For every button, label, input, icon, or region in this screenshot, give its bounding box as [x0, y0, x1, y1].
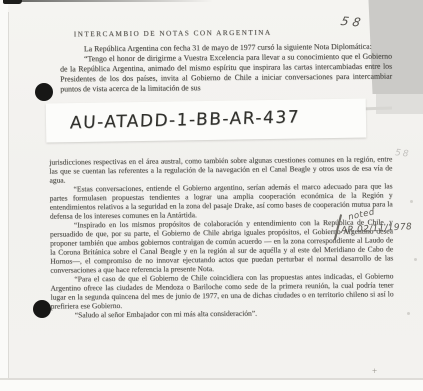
scan-smudge [3, 0, 22, 4]
scan-speck [414, 258, 417, 261]
hole-punch-mark [33, 300, 51, 318]
note-paragraph-5: “Para el caso de que el Gobierno de Chil… [50, 271, 393, 310]
white-label-slip: AU-ATADD-1-BB-AR-437 [46, 98, 367, 142]
scan-top-shadow [3, 0, 213, 2]
handwritten-margin-note: noted AR 02/11/1978 [332, 208, 422, 244]
note-paragraph-2: jurisdicciones respectivas en el área au… [49, 154, 392, 184]
document-title: INTERCAMBIO DE NOTAS CON ARGENTINA [74, 27, 392, 40]
paper-left-margin [0, 0, 8, 391]
faint-page-number: 58 [395, 148, 411, 160]
note-closing-line: “Saludo al señor Embajador con mi más al… [51, 307, 394, 319]
page-corner-shadow-light [376, 94, 423, 114]
hole-punch-mark [35, 83, 53, 101]
scan-speck [410, 200, 413, 203]
scanned-page: 58 INTERCAMBIO DE NOTAS CON ARGENTINA La… [0, 0, 423, 391]
margin-note-date: AR 02/11/1978 [341, 222, 412, 236]
scan-bottom-margin [0, 380, 423, 391]
handwritten-archive-id: AU-ATADD-1-BB-AR-437 [70, 107, 301, 133]
note-paragraph-1: “Tengo el honor de dirigirme a Vuestra E… [60, 52, 392, 95]
scan-speck [407, 312, 410, 315]
margin-note-word: noted [347, 207, 376, 222]
paper-edge-line [8, 12, 9, 378]
first-page-text-block: INTERCAMBIO DE NOTAS CON ARGENTINA La Re… [60, 27, 393, 95]
faint-plus-mark: + [372, 366, 377, 376]
